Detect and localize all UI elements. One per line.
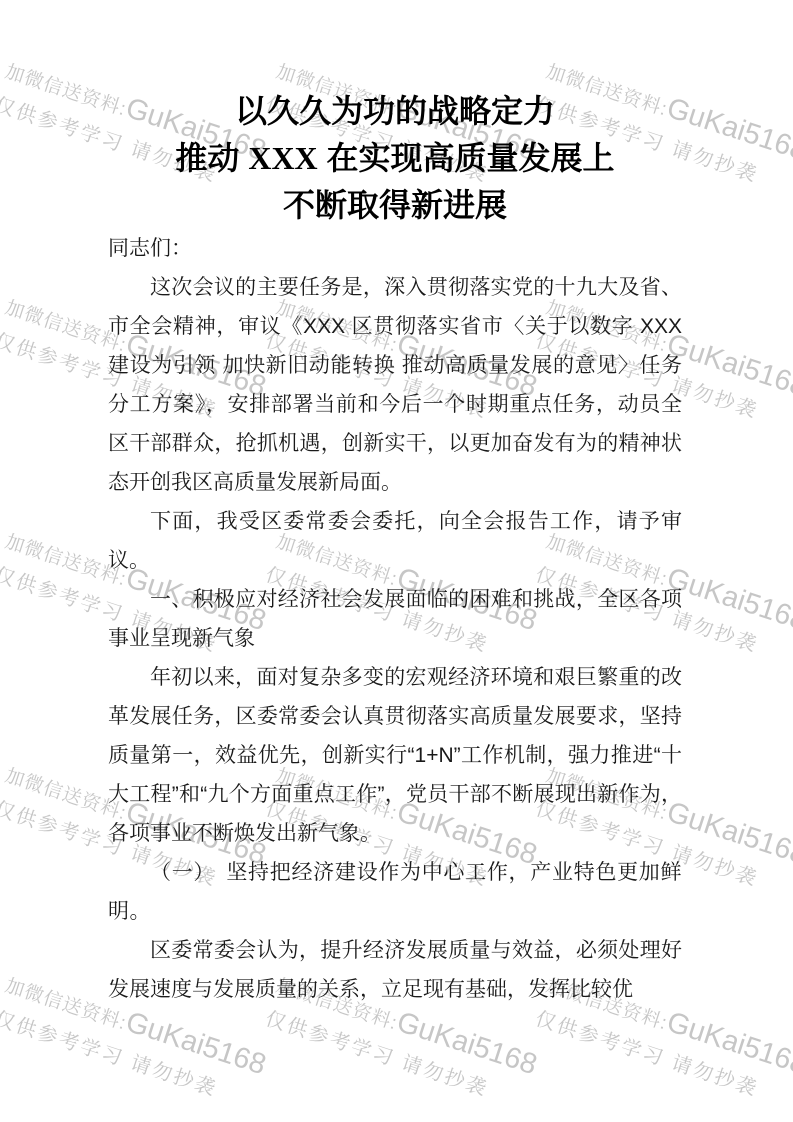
title-line-2-latin: XXX	[248, 140, 317, 176]
watermark-wechat-id: GuKai5168	[663, 796, 793, 871]
watermark-wechat-id: GuKai5168	[663, 562, 793, 637]
watermark-line-2: 仅供参考学习 请勿抄袭	[0, 1002, 258, 1118]
heading-level-2: （一） 坚持把经济建设作为中心工作，产业特色更加鲜明。	[108, 853, 682, 931]
watermark-wechat-id: GuKai5168	[122, 1006, 270, 1081]
watermark-wechat-id: GuKai5168	[663, 328, 793, 403]
watermark-wechat-id: GuKai5168	[663, 1006, 793, 1081]
title-line-1: 以久久为功的战略定力	[108, 88, 682, 135]
document-page: 加微信送资料:GuKai5168仅供参考学习 请勿抄袭加微信送资料:GuKai5…	[0, 0, 793, 1122]
title-line-3: 不断取得新进展	[108, 182, 682, 229]
watermark-wechat-id: GuKai5168	[663, 92, 793, 167]
salutation: 同志们：	[108, 229, 682, 268]
paragraph-3: 年初以来，面对复杂多变的宏观经济环境和艰巨繁重的改革发展任务，区委常委会认真贯彻…	[108, 658, 682, 853]
title-line-2-suffix: 在实现高质量发展上	[318, 140, 615, 176]
paragraph-1: 这次会议的主要任务是，深入贯彻落实党的十九大及省、市全会精神，审议《XXX 区贯…	[108, 268, 682, 502]
watermark-wechat-id: GuKai5168	[393, 1006, 541, 1081]
watermark-line-2: 仅供参考学习 请勿抄袭	[261, 1002, 530, 1118]
title-line-2-prefix: 推动	[175, 140, 248, 176]
document-content: 以久久为功的战略定力 推动 XXX 在实现高质量发展上 不断取得新进展 同志们：…	[108, 0, 682, 1009]
document-title: 以久久为功的战略定力 推动 XXX 在实现高质量发展上 不断取得新进展	[108, 88, 682, 229]
paragraph-2: 下面，我受区委常委会委托，向全会报告工作，请予审议。	[108, 502, 682, 580]
title-line-2: 推动 XXX 在实现高质量发展上	[108, 135, 682, 182]
heading-level-1: 一、积极应对经济社会发展面临的困难和挑战，全区各项事业呈现新气象	[108, 580, 682, 658]
paragraph-4: 区委常委会认为，提升经济发展质量与效益，必须处理好发展速度与发展质量的关系，立足…	[108, 931, 682, 1009]
watermark-line-2: 仅供参考学习 请勿抄袭	[531, 1002, 793, 1118]
